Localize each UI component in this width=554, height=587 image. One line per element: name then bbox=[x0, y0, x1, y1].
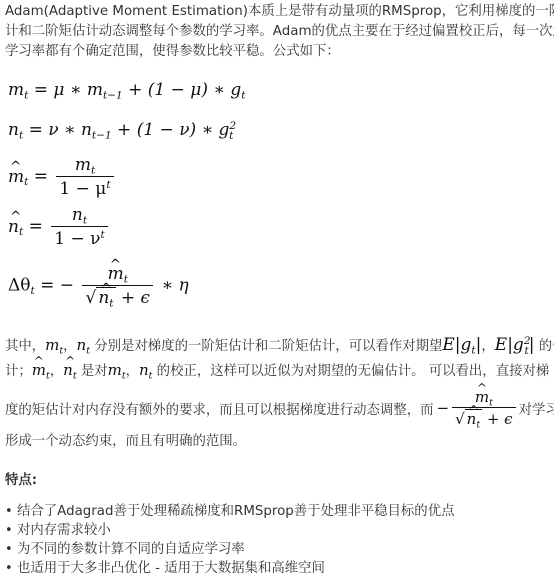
features-list: •结合了Adagrad善于处理稀疏梯度和RMSprop善于处理非平稳目标的优点 … bbox=[5, 502, 454, 578]
inline-math: mt bbox=[32, 361, 50, 379]
fraction: nt 1 − νt bbox=[51, 205, 107, 249]
list-item: •结合了Adagrad善于处理稀疏梯度和RMSprop善于处理非平稳目标的优点 bbox=[5, 502, 454, 521]
text: 是对 bbox=[77, 364, 108, 379]
intro-line-3: 学习率都有个确定范围，使得参数比较平稳。公式如下： bbox=[5, 42, 554, 62]
text: ， bbox=[50, 364, 63, 379]
formula-text: m bbox=[8, 167, 24, 187]
formula-text: m bbox=[75, 155, 91, 175]
inline-math: E|gt| bbox=[442, 335, 481, 355]
formula-subscript: t bbox=[229, 130, 233, 142]
formula-text: + (1 − ν) ∗ g bbox=[112, 120, 230, 140]
formula-superscript: t bbox=[100, 229, 104, 241]
formula-subscript: t bbox=[24, 176, 28, 188]
formula-superscript: t bbox=[106, 179, 110, 191]
formula-n-t: nt = ν ∗ nt−1 + (1 − ν) ∗ g2t bbox=[8, 120, 233, 140]
formula-text: = bbox=[29, 217, 43, 237]
text: 对学习率 bbox=[519, 399, 554, 418]
formula-text: ∗ η bbox=[161, 276, 188, 296]
formula-subscript: t−1 bbox=[103, 90, 123, 102]
formula-text: 1 − μ bbox=[59, 179, 106, 199]
text: 的校正，这样可以近似为对期望的无偏估计。 可以看出，直接对梯 bbox=[152, 364, 549, 379]
text: 计； bbox=[5, 364, 32, 379]
denominator: 1 − νt bbox=[51, 226, 107, 249]
intro-line-1: Adam(Adaptive Moment Estimation)本质上是带有动量… bbox=[5, 2, 554, 22]
text: 度的矩估计对内存没有额外的要求，而且可以根据梯度进行动态调整，而 bbox=[5, 399, 434, 418]
explanation-line-1: 其中，mt，nt 分别是对梯度的一阶矩估计和二阶矩估计，可以看作对期望E|gt|… bbox=[5, 335, 554, 355]
formula-text: n bbox=[98, 288, 109, 308]
formula-text: n bbox=[72, 205, 83, 225]
list-item: •为不同的参数计算不同的自适应学习率 bbox=[5, 540, 454, 559]
text: 其中， bbox=[5, 339, 45, 354]
formula-subscript: t bbox=[83, 215, 87, 227]
sqrt-icon: √ bbox=[85, 288, 96, 308]
explanation-line-4: 形成一个动态约束，而且有明确的范围。 bbox=[5, 430, 246, 449]
formula-subscript: t bbox=[109, 298, 113, 310]
formula-text: n bbox=[8, 217, 19, 237]
formula-n-hat: nt = nt 1 − νt bbox=[8, 205, 111, 249]
explanation-line-2: 计；mt，nt 是对mt，nt 的校正，这样可以近似为对期望的无偏估计。 可以看… bbox=[5, 360, 549, 379]
text: ， bbox=[481, 339, 494, 354]
denominator: 1 − μt bbox=[56, 176, 113, 199]
inline-fraction: mt √nt + ϵ bbox=[452, 388, 516, 428]
formula-text: n bbox=[8, 120, 19, 140]
formula-m-hat: mt = mt 1 − μt bbox=[8, 155, 117, 199]
denominator: √nt + ϵ bbox=[82, 285, 153, 308]
formula-m-t: mt = μ ∗ mt−1 + (1 − μ) ∗ gt bbox=[8, 80, 245, 100]
formula-subscript: t−1 bbox=[92, 130, 112, 142]
formula-scripts: 2t bbox=[229, 120, 233, 140]
radicand: nt bbox=[96, 288, 115, 308]
formula-text: + (1 − μ) ∗ g bbox=[123, 80, 241, 100]
formula-subscript: t bbox=[24, 90, 28, 102]
list-item-text: 对内存需求较小 bbox=[17, 523, 111, 538]
inline-math: nt bbox=[77, 336, 90, 354]
explanation-line-3: 度的矩估计对内存没有额外的要求，而且可以根据梯度进行动态调整，而 − mt √n… bbox=[5, 388, 554, 428]
bullet-icon: • bbox=[5, 540, 17, 559]
formula-text: + ϵ bbox=[116, 288, 151, 308]
formula-text: Δθ bbox=[8, 276, 31, 296]
inline-math: E|g2t| bbox=[495, 335, 535, 355]
list-item: •也适用于大多非凸优化 - 适用于大数据集和高维空间 bbox=[5, 559, 454, 578]
formula-delta-theta: Δθt = − mt √nt + ϵ ∗ η bbox=[8, 264, 189, 308]
numerator: nt bbox=[69, 205, 90, 226]
formula-subscript: t bbox=[19, 130, 23, 142]
list-item-text: 结合了Adagrad善于处理稀疏梯度和RMSprop善于处理非平稳目标的优点 bbox=[17, 504, 454, 519]
text: 的估 bbox=[534, 339, 554, 354]
formula-text: = − bbox=[40, 276, 74, 296]
minus-sign: − bbox=[437, 399, 450, 417]
list-item: •对内存需求较小 bbox=[5, 521, 454, 540]
list-item-text: 为不同的参数计算不同的自适应学习率 bbox=[17, 542, 245, 557]
formula-text: m bbox=[8, 80, 24, 100]
fraction: mt √nt + ϵ bbox=[82, 264, 153, 308]
inline-math: nt bbox=[63, 361, 76, 379]
formula-text: = bbox=[34, 167, 48, 187]
text: ， bbox=[63, 339, 76, 354]
formula-subscript: t bbox=[19, 226, 23, 238]
bullet-icon: • bbox=[5, 521, 17, 540]
inline-math: mt bbox=[45, 336, 63, 354]
formula-subscript: t bbox=[91, 165, 95, 177]
fraction: mt 1 − μt bbox=[56, 155, 113, 199]
formula-subscript: t bbox=[31, 285, 35, 297]
inline-math: nt bbox=[139, 361, 152, 379]
bullet-icon: • bbox=[5, 559, 17, 578]
intro-line-2: 计和二阶矩估计动态调整每个参数的学习率。Adam的优点主要在于经过偏置校正后，每… bbox=[5, 22, 554, 42]
formula-subscript: t bbox=[124, 274, 128, 286]
text: ， bbox=[126, 364, 139, 379]
list-item-text: 也适用于大多非凸优化 - 适用于大数据集和高维空间 bbox=[17, 561, 325, 576]
bullet-icon: • bbox=[5, 502, 17, 521]
formula-text: = ν ∗ n bbox=[29, 120, 92, 140]
features-heading: 特点: bbox=[5, 469, 37, 488]
formula-text: 1 − ν bbox=[54, 229, 100, 249]
text: 分别是对梯度的一阶矩估计和二阶矩估计，可以看作对期望 bbox=[90, 339, 442, 354]
inline-math: mt bbox=[108, 361, 126, 379]
intro-paragraph: Adam(Adaptive Moment Estimation)本质上是带有动量… bbox=[5, 2, 554, 62]
formula-subscript: t bbox=[241, 90, 245, 102]
numerator: mt bbox=[72, 155, 98, 176]
formula-text: = μ ∗ m bbox=[34, 80, 103, 100]
